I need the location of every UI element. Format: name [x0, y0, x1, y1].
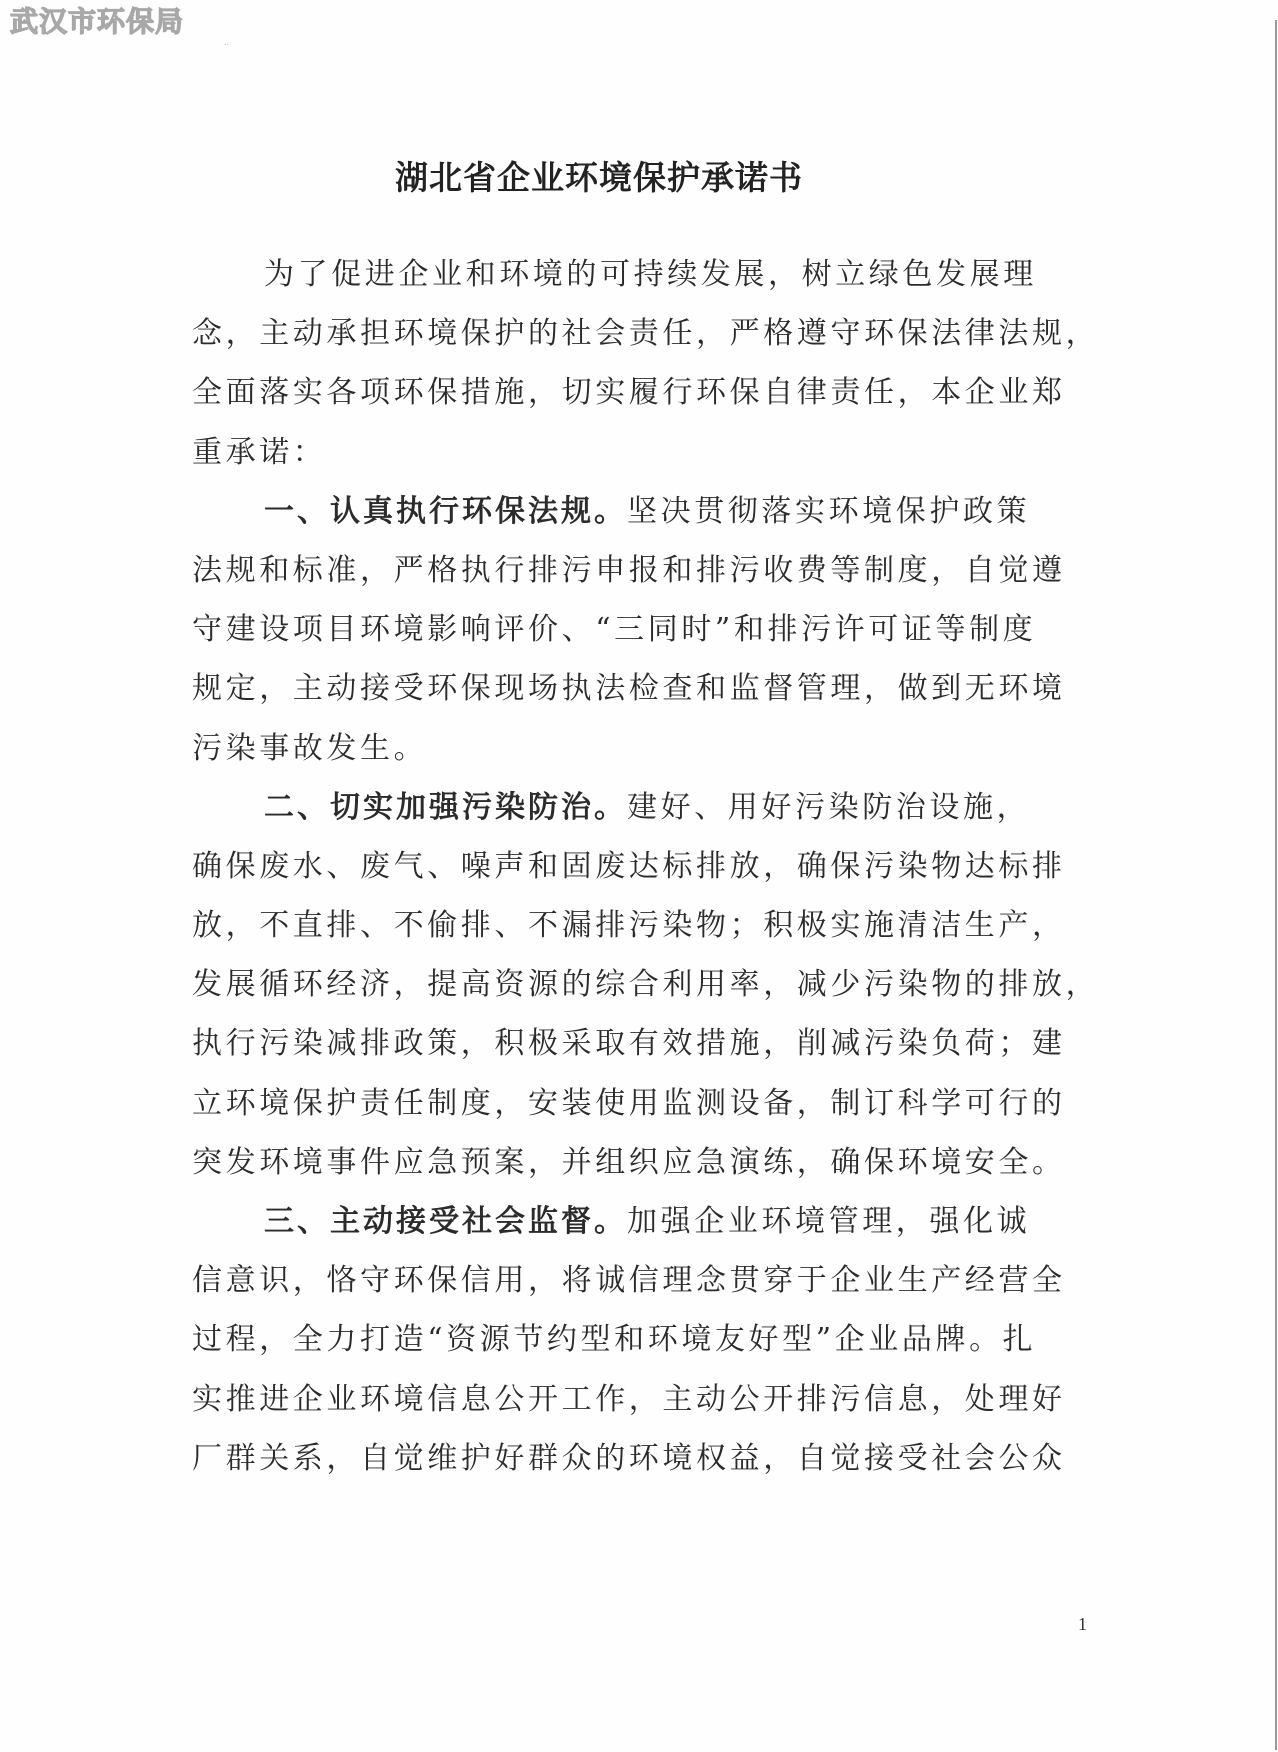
intro-line: 念，主动承担环境保护的社会责任，严格遵守环保法律法规，	[192, 304, 1082, 363]
intro-line: 全面落实各项环保措施，切实履行环保自律责任，本企业郑	[192, 363, 1082, 422]
section-1-line: 规定，主动接受环保现场执法检查和监督管理，做到无环境	[192, 659, 1082, 718]
section-3-line: 过程，全力打造“资源节约型和环境友好型”企业品牌。扎	[192, 1310, 1082, 1369]
watermark-dots: ..	[224, 38, 229, 47]
section-2-first-line: 二、切实加强污染防治。建好、用好污染防治设施，	[192, 778, 1082, 837]
section-2-line: 发展循环经济，提高资源的综合利用率，减少污染物的排放，	[192, 955, 1082, 1014]
section-2-line: 立环境保护责任制度，安装使用监测设备，制订科学可行的	[192, 1074, 1082, 1133]
document-title: 湖北省企业环境保护承诺书	[0, 152, 1278, 199]
section-2-line: 确保废水、废气、噪声和固废达标排放，确保污染物达标排	[192, 837, 1082, 896]
page-number: 1	[1078, 1614, 1087, 1635]
document-body: 为了促进企业和环境的可持续发展，树立绿色发展理 念，主动承担环境保护的社会责任，…	[192, 245, 1082, 1488]
section-3-line: 厂群关系，自觉维护好群众的环境权益，自觉接受社会公众	[192, 1429, 1082, 1488]
section-1-first-line: 一、认真执行环保法规。坚决贯彻落实环境保护政策	[192, 482, 1082, 541]
document-page: 武汉市环保局 .. 湖北省企业环境保护承诺书 为了促进企业和环境的可持续发展，树…	[0, 0, 1278, 1752]
watermark-logo: 武汉市环保局	[10, 8, 184, 36]
section-2-line: 放，不直排、不偷排、不漏排污染物；积极实施清洁生产，	[192, 896, 1082, 955]
intro-line: 重承诺：	[192, 423, 1082, 482]
section-3-first-text: 加强企业环境管理，强化诚	[627, 1204, 1030, 1239]
section-1-line: 法规和标准，严格执行排污申报和排污收费等制度，自觉遵	[192, 541, 1082, 600]
section-1-line: 守建设项目环境影响评价、“三同时”和排污许可证等制度	[192, 600, 1082, 659]
section-3-heading: 三、主动接受社会监督。	[264, 1204, 627, 1239]
document-title-text: 湖北省企业环境保护承诺书	[395, 152, 803, 199]
section-1-heading: 一、认真执行环保法规。	[264, 494, 627, 529]
section-2-line: 执行污染减排政策，积极采取有效措施，削减污染负荷；建	[192, 1014, 1082, 1073]
section-2-line: 突发环境事件应急预案，并组织应急演练，确保环境安全。	[192, 1133, 1082, 1192]
intro-line: 为了促进企业和环境的可持续发展，树立绿色发展理	[192, 245, 1082, 304]
section-2-first-text: 建好、用好污染防治设施，	[627, 790, 1030, 825]
scan-edge-line	[1275, 20, 1277, 1750]
section-3-first-line: 三、主动接受社会监督。加强企业环境管理，强化诚	[192, 1192, 1082, 1251]
section-3-line: 信意识，恪守环保信用，将诚信理念贯穿于企业生产经营全	[192, 1251, 1082, 1310]
section-2-heading: 二、切实加强污染防治。	[264, 790, 627, 825]
section-3-line: 实推进企业环境信息公开工作，主动公开排污信息，处理好	[192, 1370, 1082, 1429]
section-1-first-text: 坚决贯彻落实环境保护政策	[627, 494, 1030, 529]
section-1-line: 污染事故发生。	[192, 719, 1082, 778]
